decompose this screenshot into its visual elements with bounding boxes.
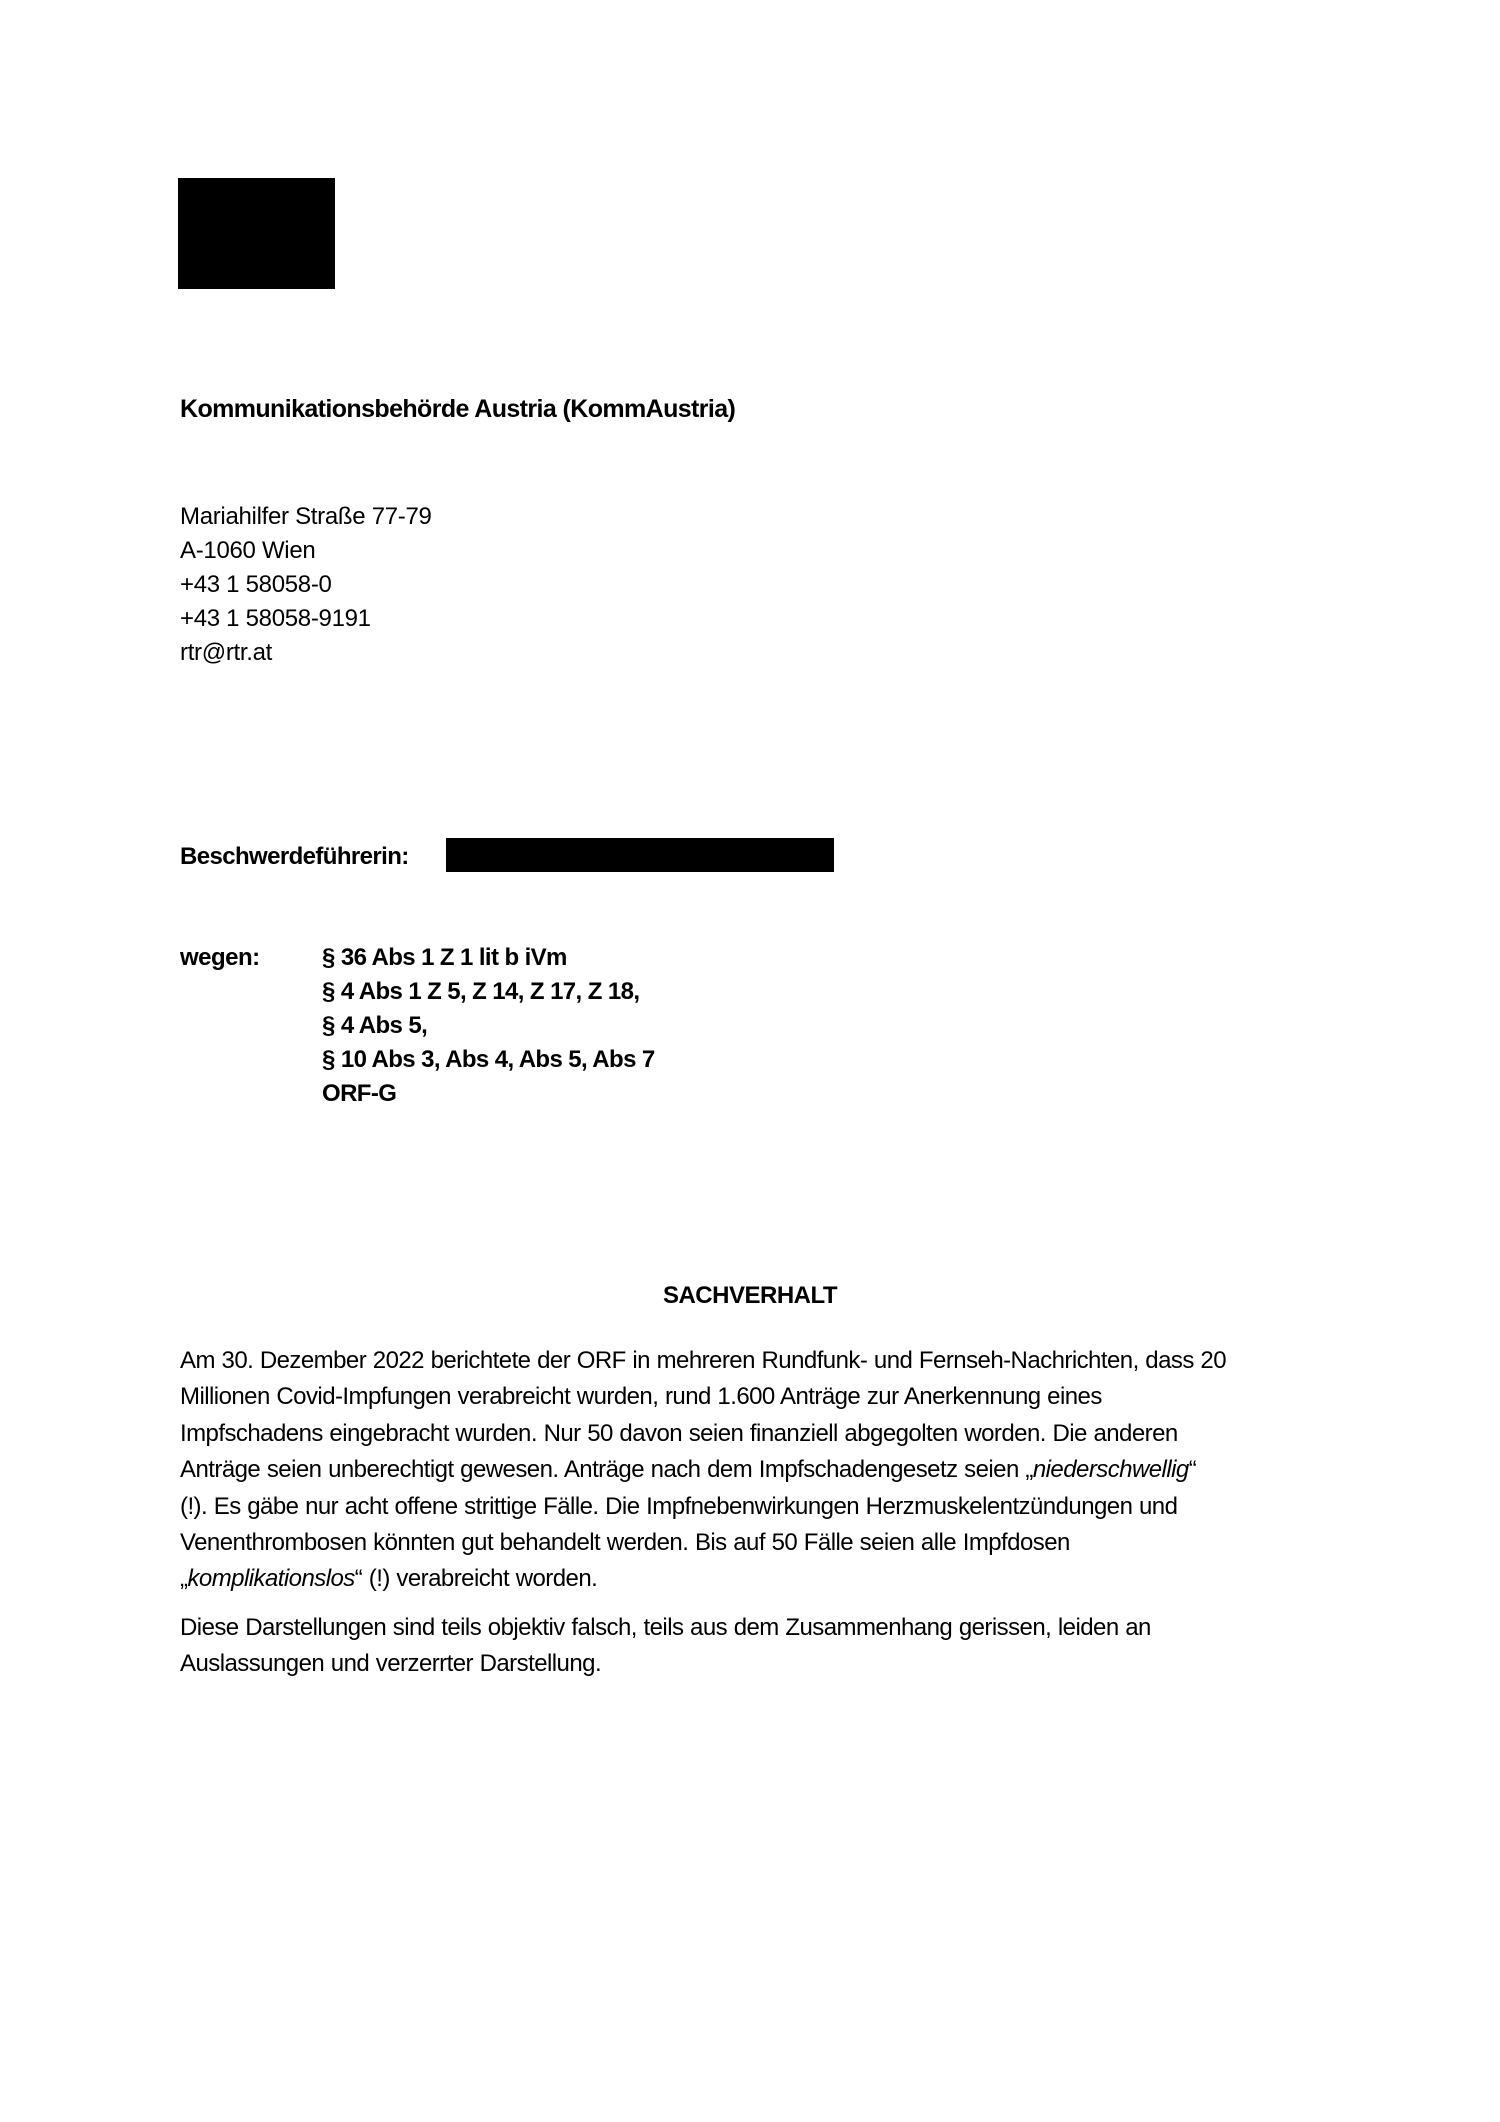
paragraph-line: Diese Darstellungen sind teils objektiv … <box>180 1616 1151 1652</box>
document-page: Kommunikationsbehörde Austria (KommAustr… <box>0 0 1500 2122</box>
emphasized-text: komplikationslos <box>187 1565 354 1592</box>
address-phone: +43 1 58058-0 <box>180 573 432 607</box>
paragraph-line: Am 30. Dezember 2022 berichtete der ORF … <box>180 1349 1226 1385</box>
text-run: Diese Darstellungen sind teils objektiv … <box>180 1614 1151 1641</box>
emphasized-text: niederschwellig <box>1033 1456 1189 1483</box>
complainant-label: Beschwerdeführerin: <box>180 845 409 869</box>
text-run: (!). Es gäbe nur acht offene strittige F… <box>180 1493 1177 1520</box>
paragraph-line: Millionen Covid-Impfungen verabreicht wu… <box>180 1385 1226 1421</box>
text-run: Millionen Covid-Impfungen verabreicht wu… <box>180 1383 1102 1410</box>
grounds-line: § 4 Abs 5, <box>322 1014 655 1048</box>
text-run: Venenthrombosen könnten gut behandelt we… <box>180 1529 1070 1556</box>
grounds-label: wegen: <box>180 946 260 970</box>
paragraph-line: Auslassungen und verzerrter Darstellung. <box>180 1652 1151 1688</box>
text-run: Impfschadens eingebracht wurden. Nur 50 … <box>180 1420 1178 1447</box>
paragraph-line: „komplikationslos“ (!) verabreicht worde… <box>180 1567 1226 1603</box>
paragraph-facts: Am 30. Dezember 2022 berichtete der ORF … <box>180 1349 1226 1604</box>
paragraph-line: Venenthrombosen könnten gut behandelt we… <box>180 1531 1226 1567</box>
paragraph-line: (!). Es gäbe nur acht offene strittige F… <box>180 1495 1226 1531</box>
text-run: “ <box>1189 1456 1196 1483</box>
logo-redaction <box>178 178 335 289</box>
grounds-line: § 4 Abs 1 Z 5, Z 14, Z 17, Z 18, <box>322 980 655 1014</box>
complainant-name-redaction <box>446 838 834 872</box>
grounds-line: § 10 Abs 3, Abs 4, Abs 5, Abs 7 <box>322 1048 655 1082</box>
text-run: Anträge seien unberechtigt gewesen. Antr… <box>180 1456 1033 1483</box>
section-heading: SACHVERHALT <box>0 1284 1500 1308</box>
grounds-line: § 36 Abs 1 Z 1 lit b iVm <box>322 946 655 980</box>
paragraph-line: Anträge seien unberechtigt gewesen. Antr… <box>180 1458 1226 1494</box>
grounds-line: ORF-G <box>322 1082 655 1116</box>
address-fax: +43 1 58058-9191 <box>180 607 432 641</box>
text-run: “ (!) verabreicht worden. <box>355 1565 598 1592</box>
recipient-title: Kommunikationsbehörde Austria (KommAustr… <box>180 397 735 422</box>
address-street: Mariahilfer Straße 77-79 <box>180 505 432 539</box>
paragraph-assessment: Diese Darstellungen sind teils objektiv … <box>180 1616 1151 1689</box>
address-city: A-1060 Wien <box>180 539 432 573</box>
recipient-address: Mariahilfer Straße 77-79 A-1060 Wien +43… <box>180 505 432 675</box>
text-run: Am 30. Dezember 2022 berichtete der ORF … <box>180 1347 1226 1374</box>
paragraph-line: Impfschadens eingebracht wurden. Nur 50 … <box>180 1422 1226 1458</box>
text-run: Auslassungen und verzerrter Darstellung. <box>180 1650 601 1677</box>
grounds-list: § 36 Abs 1 Z 1 lit b iVm § 4 Abs 1 Z 5, … <box>322 946 655 1116</box>
address-email: rtr@rtr.at <box>180 641 432 675</box>
